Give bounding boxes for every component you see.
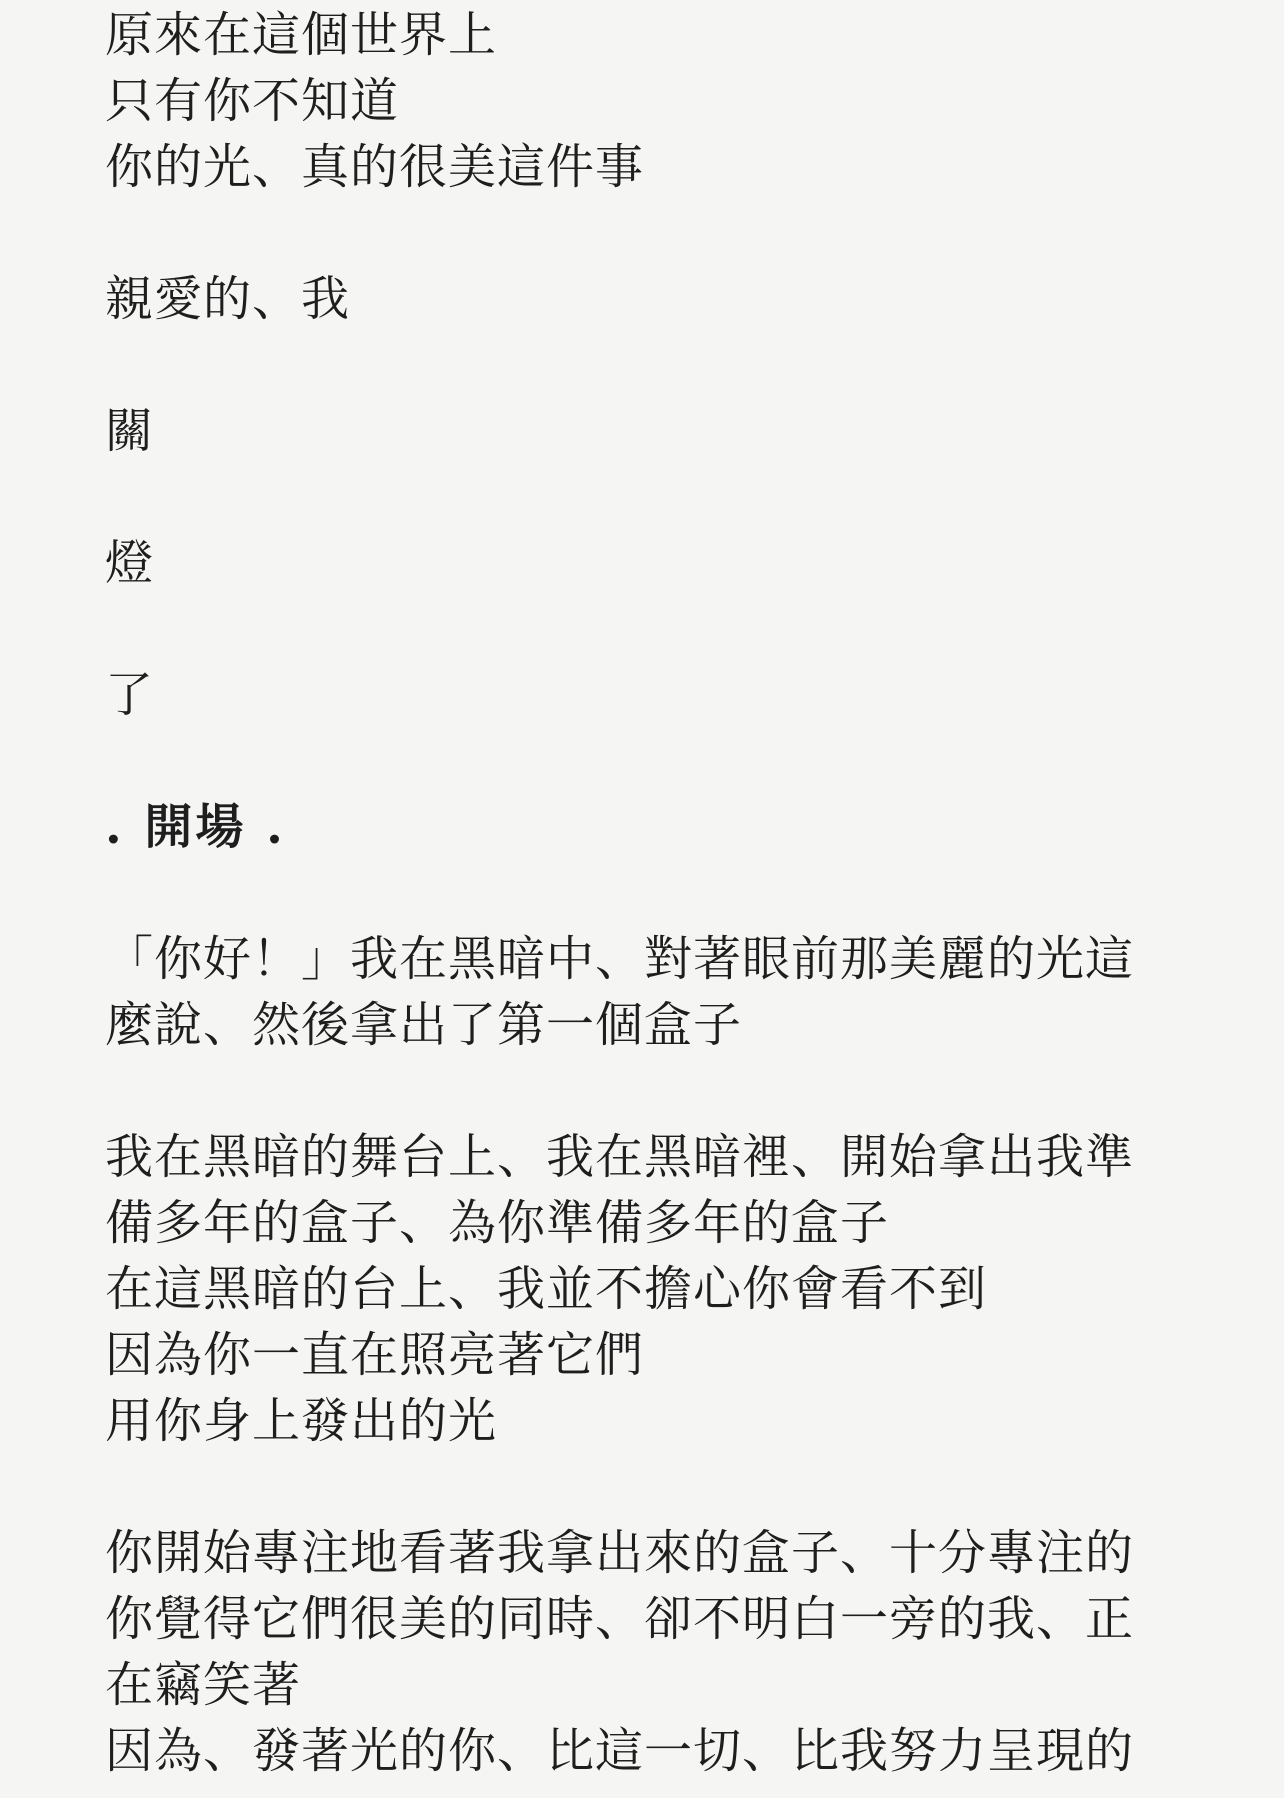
blank-line: [105, 596, 1144, 662]
poem-line: 在這黑暗的台上、我並不擔心你會看不到: [105, 1256, 1144, 1322]
blank-line: [105, 200, 1144, 266]
poem-line: 只有你不知道: [105, 68, 1144, 134]
poem-line: 備多年的盒子、為你準備多年的盒子: [105, 1190, 1144, 1256]
poem-line: 你覺得它們很美的同時、卻不明白一旁的我、正: [105, 1586, 1144, 1652]
blank-line: [105, 860, 1144, 926]
poem-line: 我在黑暗的舞台上、我在黑暗裡、開始拿出我準: [105, 1124, 1144, 1190]
poem-line: 麼說、然後拿出了第一個盒子: [105, 992, 1144, 1058]
poem-line: 關: [105, 398, 1144, 464]
blank-line: [105, 728, 1144, 794]
poem-line: 親愛的、我: [105, 266, 1144, 332]
poem-line: 用你身上發出的光: [105, 1388, 1144, 1454]
blank-line: [105, 1058, 1144, 1124]
section-heading: . 開場 .: [105, 794, 1144, 860]
poem-line: 「你好！」我在黑暗中、對著眼前那美麗的光這: [105, 926, 1144, 992]
lyrics-page: 原來在這個世界上 只有你不知道 你的光、真的很美這件事 親愛的、我 關 燈 了 …: [0, 0, 1284, 1798]
poem-line: 原來在這個世界上: [105, 2, 1144, 68]
poem-line: 燈: [105, 530, 1144, 596]
blank-line: [105, 332, 1144, 398]
poem-line: 在竊笑著: [105, 1652, 1144, 1718]
poem-line: 了: [105, 662, 1144, 728]
poem-line: 你的光、真的很美這件事: [105, 134, 1144, 200]
poem-line: 你開始專注地看著我拿出來的盒子、十分專注的: [105, 1520, 1144, 1586]
poem-line: 因為你一直在照亮著它們: [105, 1322, 1144, 1388]
blank-line: [105, 1454, 1144, 1520]
poem-line: 因為、發著光的你、比這一切、比我努力呈現的: [105, 1718, 1144, 1784]
blank-line: [105, 464, 1144, 530]
